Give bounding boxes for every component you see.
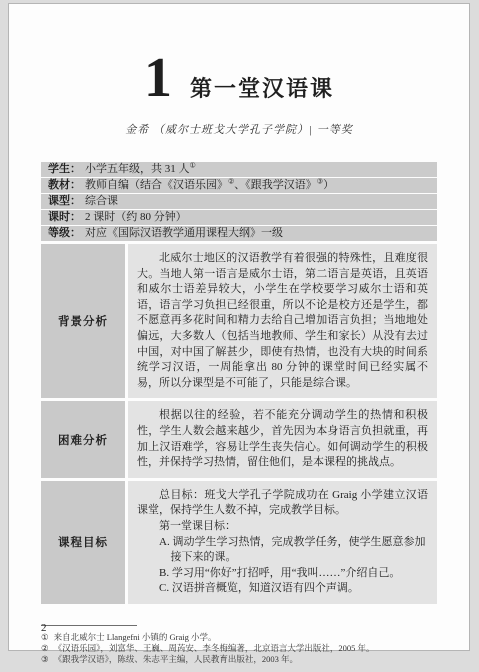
info-row-materials: 教材：教师自编（结合《汉语乐园》②、《跟我学汉语》③）	[41, 178, 437, 193]
page-number: 2	[41, 622, 47, 634]
info-value: 教师自编（结合《汉语乐园》②、《跟我学汉语》③）	[85, 179, 334, 191]
info-label: 学生：	[48, 163, 81, 175]
info-row-lesson-type: 课型：综合课	[41, 194, 437, 209]
paragraph: 根据以往的经验，若不能充分调动学生的热情和积极性，学生人数会越来越少，首先因为本…	[137, 408, 428, 470]
section-course-objectives: 课程目标 总目标：班戈大学孔子学院成功在 Graig 小学建立汉语课堂，保持学生…	[41, 481, 437, 604]
section-label: 困难分析	[41, 401, 125, 477]
page-title: 第一堂汉语课	[190, 76, 334, 101]
info-label: 课时：	[48, 211, 81, 223]
info-row-students: 学生：小学五年级，共 31 人①	[41, 162, 437, 177]
info-value: 2 课时（约 80 分钟）	[85, 211, 187, 223]
info-label: 教材：	[48, 179, 81, 191]
info-row-duration: 课时：2 课时（约 80 分钟）	[41, 210, 437, 225]
paragraph: 总目标：班戈大学孔子学院成功在 Graig 小学建立汉语课堂，保持学生人数不掉，…	[137, 488, 428, 519]
footnote-text: 来自北威尔士 Llangefni 小镇的 Graig 小学。	[54, 632, 217, 642]
section-background-analysis: 背景分析 北威尔士地区的汉语教学有着很强的特殊性，且难度很大。当地人第一语言是威…	[41, 244, 437, 398]
section-content: 北威尔士地区的汉语教学有着很强的特殊性，且难度很大。当地人第一语言是威尔士语，第…	[128, 244, 437, 398]
footnote-marker: ②	[41, 643, 49, 653]
objective-item-a: A. 调动学生学习热情，完成教学任务，使学生愿意参加接下来的课。	[159, 535, 428, 566]
footnote-item: ①来自北威尔士 Llangefni 小镇的 Graig 小学。	[41, 632, 437, 643]
footnote-item: ②《汉语乐园》，刘富华、王巍、周芮安、李冬梅编著，北京语言大学出版社，2005 …	[41, 643, 437, 654]
footnote-item: ③《跟我学汉语》，陈绂、朱志平主编，人民教育出版社，2003 年。	[41, 654, 437, 665]
chapter-number: 1	[144, 47, 172, 109]
info-row-level: 等级：对应《国际汉语教学通用课程大纲》一级	[41, 226, 437, 241]
objective-item-b: B. 学习用“你好”打招呼，用“我叫……”介绍自己。	[159, 566, 428, 582]
footnote-marker: ③	[41, 654, 49, 664]
scan-background: 1第一堂汉语课 金希 （威尔士班戈大学孔子学院）| 一等奖 学生：小学五年级，共…	[0, 0, 479, 672]
footnote-divider	[41, 625, 137, 626]
info-table: 学生：小学五年级，共 31 人① 教材：教师自编（结合《汉语乐园》②、《跟我学汉…	[41, 162, 437, 241]
info-value: 小学五年级，共 31 人①	[85, 163, 196, 175]
section-content: 根据以往的经验，若不能充分调动学生的热情和积极性，学生人数会越来越少，首先因为本…	[128, 401, 437, 477]
section-label: 课程目标	[41, 481, 125, 604]
section-content: 总目标：班戈大学孔子学院成功在 Graig 小学建立汉语课堂，保持学生人数不掉，…	[128, 481, 437, 604]
section-difficulty-analysis: 困难分析 根据以往的经验，若不能充分调动学生的热情和积极性，学生人数会越来越少，…	[41, 401, 437, 477]
document-page: 1第一堂汉语课 金希 （威尔士班戈大学孔子学院）| 一等奖 学生：小学五年级，共…	[8, 3, 470, 651]
section-label: 背景分析	[41, 244, 125, 398]
info-value: 对应《国际汉语教学通用课程大纲》一级	[85, 227, 283, 239]
chapter-heading: 1第一堂汉语课	[41, 50, 437, 106]
info-label: 等级：	[48, 227, 81, 239]
footnote-text: 《汉语乐园》，刘富华、王巍、周芮安、李冬梅编著，北京语言大学出版社，2005 年…	[54, 643, 375, 653]
footnote-text: 《跟我学汉语》，陈绂、朱志平主编，人民教育出版社，2003 年。	[54, 654, 298, 664]
footnotes: ①来自北威尔士 Llangefni 小镇的 Graig 小学。 ②《汉语乐园》，…	[41, 632, 437, 665]
info-value: 综合课	[85, 195, 118, 207]
paragraph: 第一堂课目标：	[137, 519, 428, 535]
objective-item-c: C. 汉语拼音概览，知道汉语有四个声调。	[159, 581, 428, 597]
info-label: 课型：	[48, 195, 81, 207]
paragraph: 北威尔士地区的汉语教学有着很强的特殊性，且难度很大。当地人第一语言是威尔士语，第…	[137, 251, 428, 391]
byline: 金希 （威尔士班戈大学孔子学院）| 一等奖	[41, 121, 437, 137]
